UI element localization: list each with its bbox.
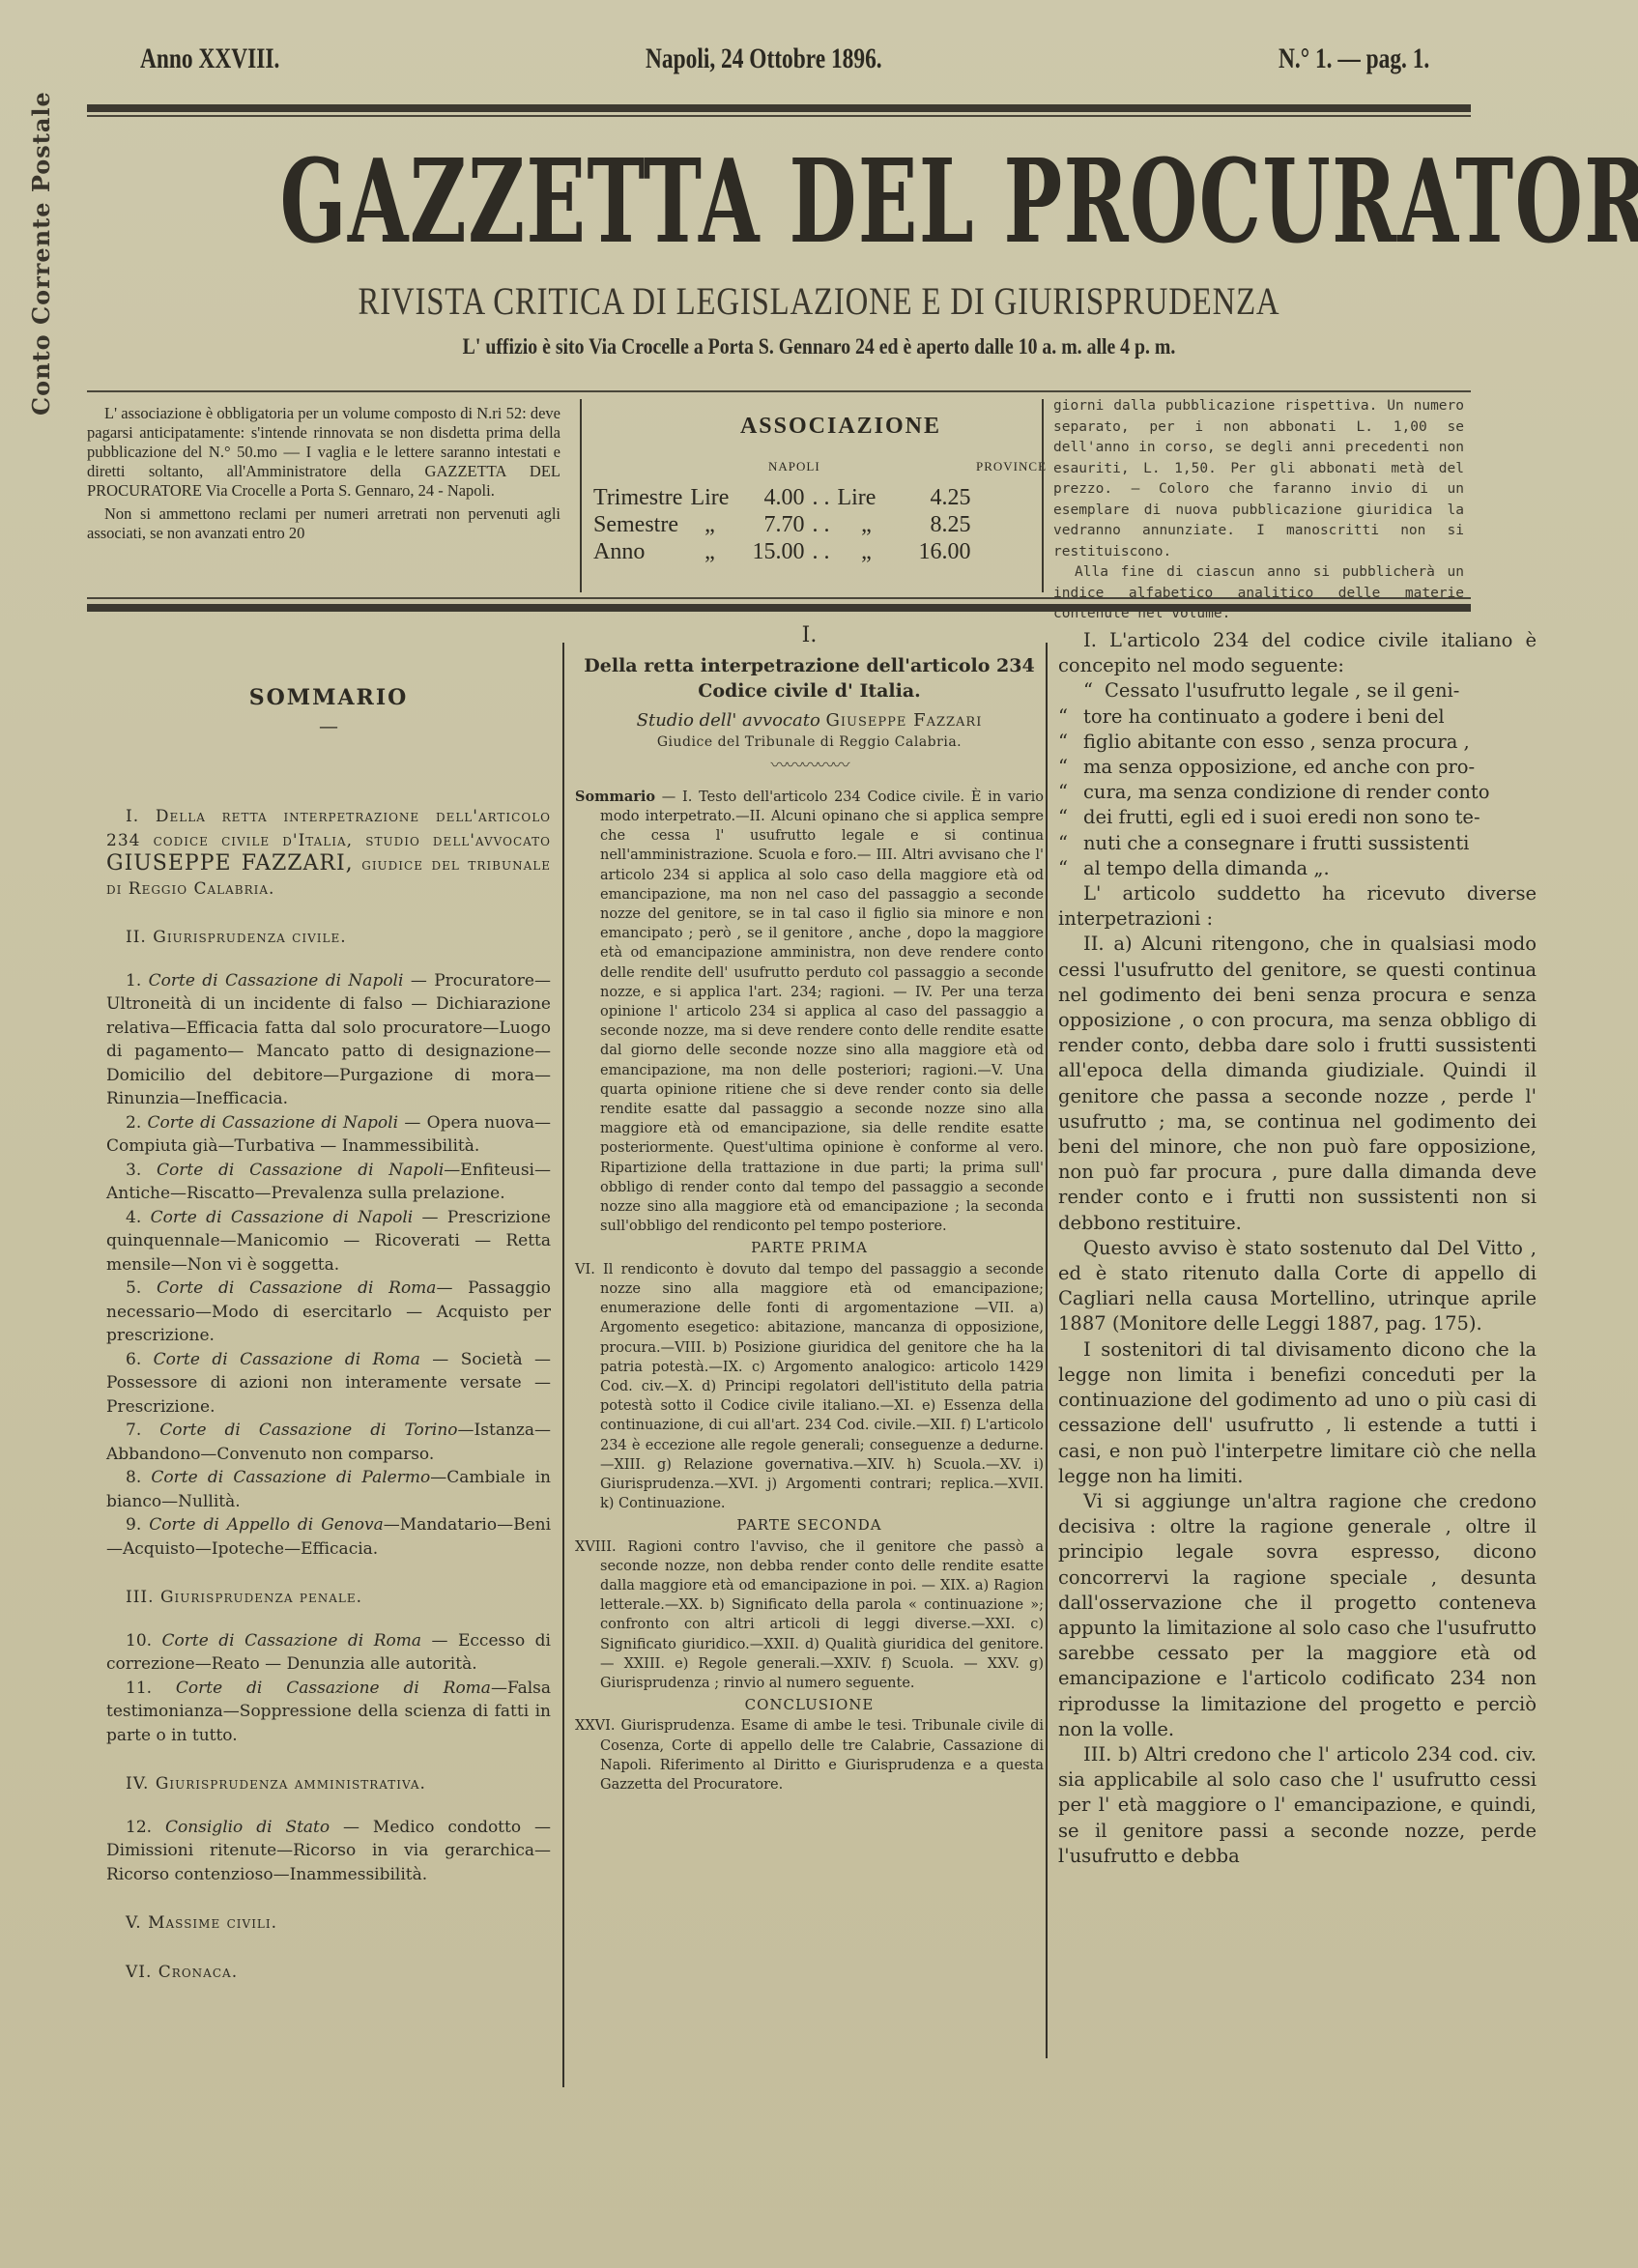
rate-unit: „ <box>833 511 899 538</box>
sommario-section-2: II. Giurisprudenza civile. <box>106 926 551 950</box>
court-name: Corte di Cassazione di Roma <box>154 1350 420 1369</box>
rate-period: Semestre <box>589 511 686 538</box>
entry-num: 6. <box>126 1350 141 1369</box>
association-title: ASSOCIAZIONE <box>589 414 1092 440</box>
entry-text: — Procuratore—Ultroneità di un incidente… <box>106 971 551 1109</box>
sommario-entry: 6. Corte di Cassazione di Roma — Società… <box>106 1348 551 1420</box>
issue-label: N.° 1. — pag. 1. <box>1279 43 1429 75</box>
sommario-entry: 5. Corte di Cassazione di Roma— Passaggi… <box>106 1277 551 1348</box>
conclusion-text: XXVI. Giurisprudenza. Esame di ambe le t… <box>575 1716 1044 1794</box>
info-left-terms: L' associazione è obbligatoria per un vo… <box>87 404 560 547</box>
conclusion-title: CONCLUSIONE <box>575 1695 1044 1714</box>
court-name: Corte di Cassazione di Torino <box>159 1421 457 1440</box>
sommario-dash: — <box>106 714 551 738</box>
quote-text: ma senza opposizione, ed anche con pro- <box>1083 756 1475 778</box>
info-bottom-rule <box>87 597 1471 599</box>
rate-napoli: 7.70 <box>733 511 808 538</box>
court-name: Corte di Cassazione di Roma <box>162 1631 422 1651</box>
info-divider <box>580 399 582 592</box>
column-divider <box>562 643 564 2087</box>
quote-mark: “ <box>1058 755 1068 780</box>
rate-province: 16.00 <box>899 538 974 565</box>
rate-unit: „ <box>686 511 733 538</box>
rate-row: Semestre „ 7.70 . . „ 8.25 <box>589 511 974 538</box>
sommario-title: SOMMARIO <box>106 686 551 710</box>
byline-author: Giuseppe Fazzari <box>826 710 983 731</box>
sommario-entry: 1. Corte di Cassazione di Napoli — Procu… <box>106 969 551 1111</box>
ornament-wavy-rule: 〰〰〰〰〰 <box>575 757 1044 776</box>
article-title: Della retta interpetrazione dell'articol… <box>575 653 1044 703</box>
rate-unit: „ <box>686 538 733 565</box>
sommario-section-4: IV. Giurisprudenza amministrativa. <box>106 1772 551 1796</box>
body-paragraph: III. b) Altri credono che l' articolo 23… <box>1058 1742 1537 1869</box>
rate-unit: Lire <box>686 484 733 511</box>
side-label: Conto Corrente Postale <box>27 91 55 416</box>
court-name: Corte di Cassazione di Napoli <box>149 971 404 990</box>
entry-num: 5. <box>126 1278 141 1298</box>
court-name: Corte di Appello di Genova <box>149 1515 384 1535</box>
quote-text: Cessato l'usufrutto legale , se il geni- <box>1083 679 1459 702</box>
quote-text: figlio abitante con esso , senza procura… <box>1083 731 1470 753</box>
part-two-title: PARTE SECONDA <box>575 1515 1044 1535</box>
quote-text: cura, ma senza condizione di render cont… <box>1083 781 1490 803</box>
author-name: GIUSEPPE FAZZARI, <box>106 851 354 876</box>
column-divider <box>1046 643 1048 2058</box>
rate-unit: „ <box>833 538 899 565</box>
body-paragraph: Questo avviso è stato sostenuto dal Del … <box>1058 1236 1537 1337</box>
court-name: Corte di Cassazione di Roma <box>176 1679 491 1698</box>
article-body-column: I. L'articolo 234 del codice civile ital… <box>1058 628 1537 1869</box>
masthead-title: GAZZETTA DEL PROCURATORE <box>280 135 1282 270</box>
entry-num: 9. <box>126 1515 141 1535</box>
col-province: PROVINCE <box>976 459 1047 474</box>
quote-mark: “ <box>1058 856 1068 881</box>
quote-text: dei frutti, egli ed i suoi eredi non son… <box>1083 806 1480 828</box>
subscription-infobox: L' associazione è obbligatoria per un vo… <box>87 394 1471 592</box>
col-napoli: NAPOLI <box>768 459 820 474</box>
top-rule <box>87 104 1471 112</box>
body-paragraph: Vi si aggiunge un'altra ragione che cred… <box>1058 1489 1537 1742</box>
date-label: Napoli, 24 Ottobre 1896. <box>646 43 882 75</box>
info-divider <box>1042 399 1044 592</box>
quote-text: nuti che a consegnare i frutti sussisten… <box>1083 832 1469 854</box>
sommario-column: SOMMARIO — I. Della retta interpetrazion… <box>106 628 551 2003</box>
terms-paragraph: L' associazione è obbligatoria per un vo… <box>87 404 560 501</box>
court-name: Corte di Cassazione di Palermo <box>151 1468 430 1487</box>
terms-paragraph: Non si ammettono reclami per numeri arre… <box>87 504 560 543</box>
info-bottom-rule-thick <box>87 604 1471 612</box>
year-label: Anno XXVIII. <box>140 43 279 75</box>
article-summary: Sommario — I. Testo dell'articolo 234 Co… <box>575 788 1044 1237</box>
rate-period: Trimestre <box>589 484 686 511</box>
entry-num: 8. <box>126 1468 141 1487</box>
notes-paragraph: giorni dalla pubblicazione rispettiva. U… <box>1053 396 1464 562</box>
entry-num: 11. <box>126 1679 152 1698</box>
rates-column-headers: NAPOLI PROVINCE <box>589 459 1092 478</box>
entry-num: 2. <box>126 1113 141 1133</box>
sommario-section-1: I. Della retta interpetrazione dell'arti… <box>106 805 551 901</box>
quote-line: “figlio abitante con esso , senza procur… <box>1058 730 1537 755</box>
rate-sep: . . <box>808 538 833 565</box>
quote-mark: “ <box>1058 730 1068 755</box>
quote-line: “nuti che a consegnare i frutti sussiste… <box>1058 831 1537 856</box>
notes-paragraph: Alla fine di ciascun anno si pubblicherà… <box>1053 562 1464 625</box>
sommario-entry: 3. Corte di Cassazione di Napoli—Enfiteu… <box>106 1159 551 1206</box>
quote-mark: “ <box>1058 805 1068 830</box>
rate-napoli: 4.00 <box>733 484 808 511</box>
masthead-wrap: GAZZETTA DEL PROCURATORE <box>85 135 1477 261</box>
sommario-section-6: VI. Cronaca. <box>106 1961 551 1985</box>
court-name: Corte di Cassazione di Roma <box>157 1278 436 1298</box>
quote-mark: “ <box>1083 678 1093 703</box>
sommario-entry: 4. Corte di Cassazione di Napoli — Presc… <box>106 1206 551 1278</box>
court-name: Corte di Cassazione di Napoli <box>148 1113 399 1133</box>
office-notice: L' uffizio è sito Via Crocelle a Porta S… <box>115 334 1524 359</box>
sommario-entry: 2. Corte di Cassazione di Napoli — Opera… <box>106 1111 551 1159</box>
part-one-text: VI. Il rendiconto è dovuto dal tempo del… <box>575 1260 1044 1514</box>
sommario-entry: 12. Consiglio di Stato — Medico condotto… <box>106 1816 551 1887</box>
quote-line: “Cessato l'usufrutto legale , se il geni… <box>1058 678 1537 703</box>
sommario-entry: 10. Corte di Cassazione di Roma — Eccess… <box>106 1629 551 1677</box>
quote-mark: “ <box>1058 780 1068 805</box>
sommario-entry: 8. Corte di Cassazione di Palermo—Cambia… <box>106 1466 551 1513</box>
court-name: Corte di Cassazione di Napoli <box>151 1208 414 1227</box>
sommario-entry: 9. Corte di Appello di Genova—Mandatario… <box>106 1513 551 1561</box>
top-rule-thin <box>87 115 1471 117</box>
rate-sep: . . <box>808 484 833 511</box>
court-name: Corte di Cassazione di Napoli <box>157 1161 444 1180</box>
part-two-text: XVIII. Ragioni contro l'avviso, che il g… <box>575 1537 1044 1694</box>
masthead-subtitle: RIVISTA CRITICA DI LEGISLAZIONE E DI GIU… <box>148 278 1491 324</box>
rate-sep: . . <box>808 511 833 538</box>
quote-text: al tempo della dimanda „. <box>1083 857 1330 879</box>
section-text: Della retta interpetrazione dell'articol… <box>106 807 551 850</box>
rate-row: Anno „ 15.00 . . „ 16.00 <box>589 538 974 565</box>
rates-table: Trimestre Lire 4.00 . . Lire 4.25 Semest… <box>589 484 974 565</box>
body-paragraph: II. a) Alcuni ritengono, che in qualsias… <box>1058 932 1537 1235</box>
article-summary-column: I. Della retta interpetrazione dell'arti… <box>575 628 1044 1794</box>
association-rates: ASSOCIAZIONE NAPOLI PROVINCE Trimestre L… <box>589 414 1092 565</box>
article-byline: Studio dell' avvocato Giuseppe Fazzari <box>575 711 1044 731</box>
quote-mark: “ <box>1058 704 1068 730</box>
quote-line: “tore ha continuato a godere i beni del <box>1058 704 1537 730</box>
section-num: I. <box>126 807 139 826</box>
sommario-section-3: III. Giurisprudenza penale. <box>106 1586 551 1610</box>
info-right-notes: giorni dalla pubblicazione rispettiva. U… <box>1053 396 1464 625</box>
body-paragraph: I. L'articolo 234 del codice civile ital… <box>1058 628 1537 678</box>
info-top-rule <box>87 390 1471 392</box>
byline-italic: Studio dell' avvocato <box>637 710 820 731</box>
part-one-title: PARTE PRIMA <box>575 1238 1044 1257</box>
summary-text: — I. Testo dell'articolo 234 Codice civi… <box>600 789 1044 1234</box>
article-number: I. <box>575 626 1044 646</box>
newspaper-page: Conto Corrente Postale Anno XXVIII. Napo… <box>0 0 1638 2268</box>
rate-province: 4.25 <box>899 484 974 511</box>
quote-text: tore ha continuato a godere i beni del <box>1083 705 1445 728</box>
entry-num: 7. <box>126 1421 141 1440</box>
quote-line: “al tempo della dimanda „. <box>1058 856 1537 881</box>
quote-mark: “ <box>1058 831 1068 856</box>
rate-period: Anno <box>589 538 686 565</box>
entry-num: 3. <box>126 1161 141 1180</box>
entry-num: 12. <box>126 1818 152 1837</box>
rate-unit: Lire <box>833 484 899 511</box>
rate-row: Trimestre Lire 4.00 . . Lire 4.25 <box>589 484 974 511</box>
sommario-entry: 7. Corte di Cassazione di Torino—Istanza… <box>106 1419 551 1466</box>
body-paragraph: L' articolo suddetto ha ricevuto diverse… <box>1058 881 1537 932</box>
body-paragraph: I sostenitori di tal divisamento dicono … <box>1058 1337 1537 1489</box>
court-name: Consiglio di Stato <box>165 1818 330 1837</box>
summary-label: Sommario <box>575 789 655 805</box>
quote-line: “cura, ma senza condizione di render con… <box>1058 780 1537 805</box>
rate-province: 8.25 <box>899 511 974 538</box>
sommario-entry: 11. Corte di Cassazione di Roma—Falsa te… <box>106 1677 551 1748</box>
quote-line: “dei frutti, egli ed i suoi eredi non so… <box>1058 805 1537 830</box>
sommario-section-5: V. Massime civili. <box>106 1911 551 1936</box>
entry-num: 4. <box>126 1208 141 1227</box>
entry-num: 10. <box>126 1631 152 1651</box>
quote-line: “ma senza opposizione, ed anche con pro- <box>1058 755 1537 780</box>
author-role: Giudice del Tribunale di Reggio Calabria… <box>575 732 1044 752</box>
entry-num: 1. <box>126 971 141 990</box>
rate-napoli: 15.00 <box>733 538 808 565</box>
